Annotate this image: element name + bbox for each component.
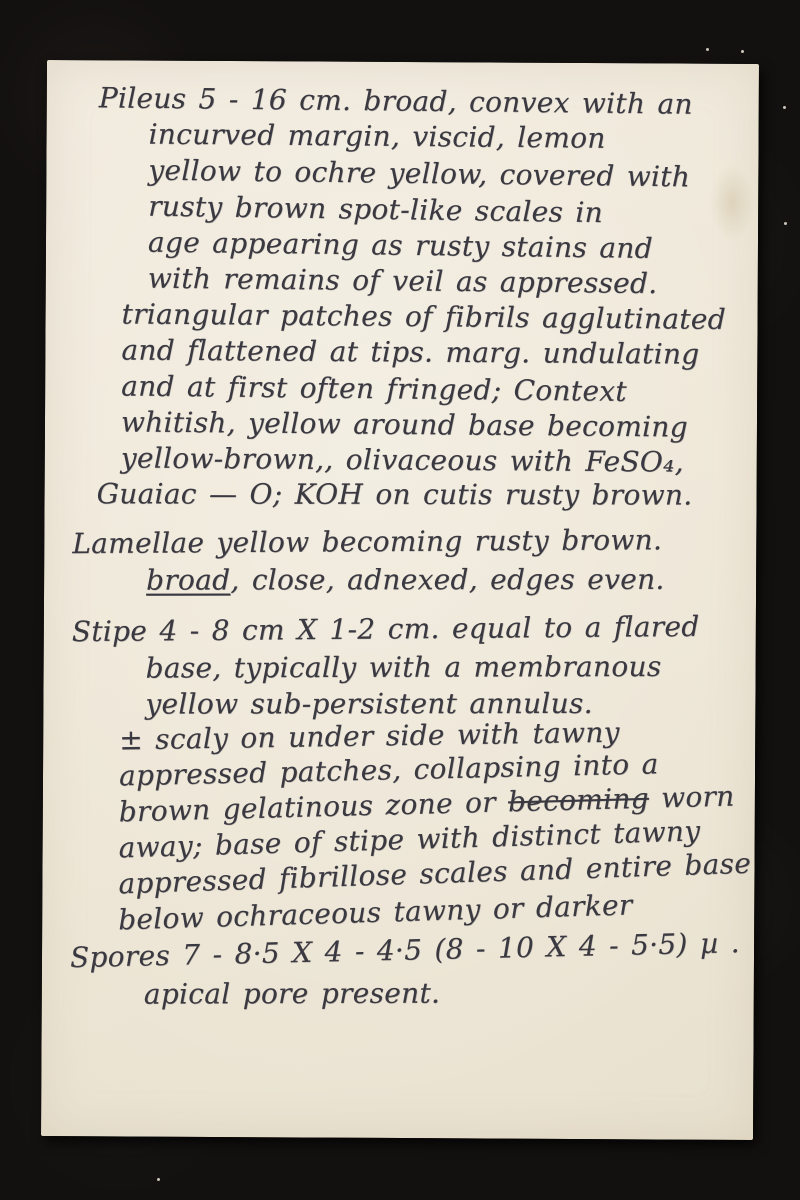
section-stipe: Stipe 4 - 8 cm X 1-2 cm. equal to a flar… bbox=[68, 614, 736, 942]
dust-speck bbox=[783, 106, 786, 109]
handwritten-note: Pileus 5 - 16 cm. broad, convex with ani… bbox=[67, 80, 739, 1130]
note-line: and flattened at tips. marg. undulating bbox=[121, 332, 737, 373]
note-line: Stipe 4 - 8 cm X 1-2 cm. equal to a flar… bbox=[72, 609, 736, 651]
note-line: yellow-brown,, olivaceous with FeSO₄, bbox=[121, 440, 737, 481]
dust-speck bbox=[741, 50, 744, 53]
note-line: broad, close, adnexed, edges even. bbox=[146, 562, 736, 599]
section-pileus: Pileus 5 - 16 cm. broad, convex with ani… bbox=[70, 80, 738, 516]
note-line: Guaiac — O; KOH on cutis rusty brown. bbox=[97, 476, 737, 513]
underlined-word: broad bbox=[146, 563, 230, 596]
note-line: Lamellae yellow becoming rusty brown. bbox=[72, 522, 736, 562]
struck-word: becoming bbox=[508, 782, 650, 819]
note-line: base, typically with a membranous bbox=[146, 649, 736, 687]
section-lamellae: Lamellae yellow becoming rusty brown.bro… bbox=[70, 526, 736, 602]
section-spores: Spores 7 - 8·5 X 4 - 4·5 (8 - 10 X 4 - 5… bbox=[68, 940, 734, 1016]
note-line: whitish, yellow around base becoming bbox=[121, 404, 737, 446]
dust-speck bbox=[706, 48, 709, 51]
note-line: incurved margin, viscid, lemon bbox=[148, 117, 738, 158]
note-line: triangular patches of fibrils agglutinat… bbox=[121, 296, 737, 338]
photo-background: Pileus 5 - 16 cm. broad, convex with ani… bbox=[0, 0, 800, 1200]
dust-speck bbox=[157, 1178, 160, 1181]
dust-speck bbox=[784, 222, 787, 225]
index-card: Pileus 5 - 16 cm. broad, convex with ani… bbox=[41, 60, 759, 1140]
note-line: apical pore present. bbox=[144, 975, 734, 1013]
